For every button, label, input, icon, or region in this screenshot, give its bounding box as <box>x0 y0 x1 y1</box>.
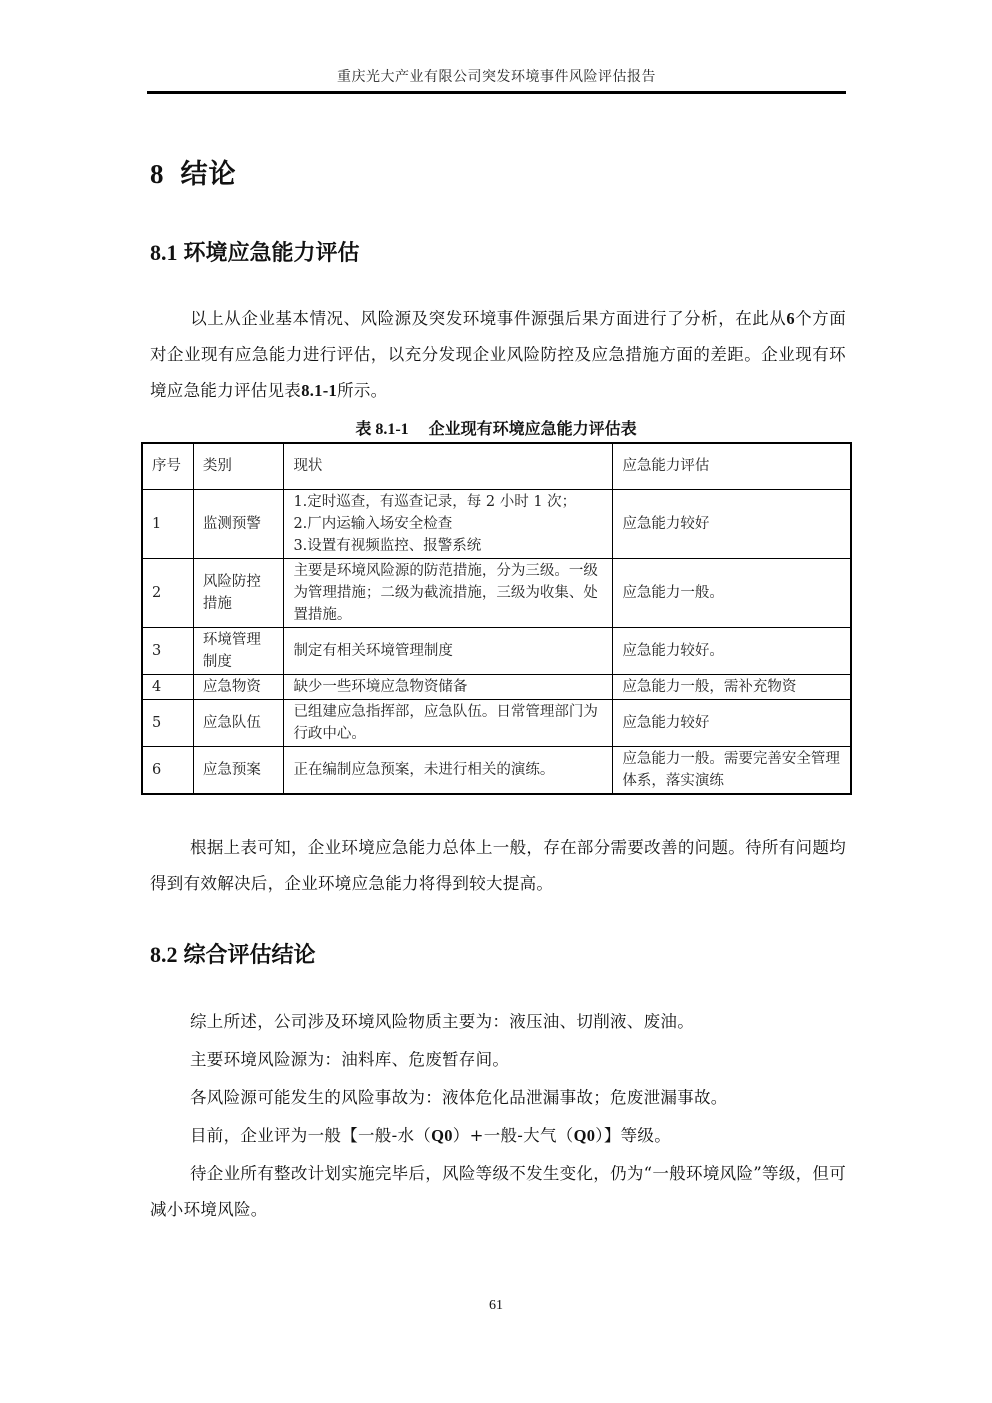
conclusion-text: 主要环境风险源为：油料库、危废暂存间。 <box>190 1050 509 1069</box>
cell-assessment: 应急能力一般。需要完善安全管理体系，落实演练 <box>613 746 851 794</box>
table-caption-title: 企业现有环境应急能力评估表 <box>429 419 637 438</box>
cell-category: 应急物资 <box>193 674 284 699</box>
running-header: 重庆光大产业有限公司突发环境事件风险评估报告 <box>147 66 846 86</box>
cell-status: 1.定时巡查，有巡查记录，每 2 小时 1 次； 2.厂内运输入场安全检查 3.… <box>284 489 613 558</box>
cell-no: 3 <box>142 627 193 674</box>
table-row: 1 监测预警 1.定时巡查，有巡查记录，每 2 小时 1 次； 2.厂内运输入场… <box>142 489 851 558</box>
cell-category: 监测预警 <box>193 489 284 558</box>
table-row: 3 环境管理制度 制定有相关环境管理制度 应急能力较好。 <box>142 627 851 674</box>
cell-no: 2 <box>142 558 193 627</box>
conclusion-line-3: 各风险源可能发生的风险事故为：液体危化品泄漏事故；危废泄漏事故。 <box>150 1080 846 1116</box>
conclusion-text: 目前，企业评为一般【一般-水（ <box>190 1126 431 1145</box>
header-cell-status: 现状 <box>284 443 613 489</box>
cell-assessment: 应急能力一般，需补充物资 <box>613 674 851 699</box>
cell-no: 4 <box>142 674 193 699</box>
header-cell-category: 类别 <box>193 443 284 489</box>
status-line: 3.设置有视频监控、报警系统 <box>293 535 603 557</box>
cell-assessment: 应急能力较好 <box>613 489 851 558</box>
status-line: 2.厂内运输入场安全检查 <box>293 513 603 535</box>
summary-paragraph: 根据上表可知，企业环境应急能力总体上一般，存在部分需要改善的问题。待所有问题均得… <box>150 830 846 902</box>
cell-no: 1 <box>142 489 193 558</box>
cell-no: 5 <box>142 699 193 746</box>
conclusion-line-2: 主要环境风险源为：油料库、危废暂存间。 <box>150 1042 846 1078</box>
assessment-table: 序号 类别 现状 应急能力评估 1 监测预警 1.定时巡查，有巡查记录，每 2 … <box>141 442 852 795</box>
section-title-text: 综合评估结论 <box>184 943 316 968</box>
cell-category: 风险防控措施 <box>193 558 284 627</box>
intro-text-1: 以上从企业基本情况、风险源及突发环境事件源强后果方面进行了分析，在此从 <box>190 309 786 328</box>
cell-no: 6 <box>142 746 193 794</box>
conclusion-line-1: 综上所述，公司涉及环境风险物质主要为：液压油、切削液、废油。 <box>150 1004 846 1040</box>
header-cell-assessment: 应急能力评估 <box>613 443 851 489</box>
cell-assessment: 应急能力一般。 <box>613 558 851 627</box>
summary-text: 根据上表可知，企业环境应急能力总体上一般，存在部分需要改善的问题。待所有问题均得… <box>150 838 846 893</box>
section-title-8-1: 8.1环境应急能力评估 <box>150 236 360 267</box>
table-caption-number: 表 8.1-1 <box>355 421 408 438</box>
table-row: 6 应急预案 正在编制应急预案，未进行相关的演练。 应急能力一般。需要完善安全管… <box>142 746 851 794</box>
level-code-water: Q0 <box>431 1126 453 1145</box>
table-row: 2 风险防控措施 主要是环境风险源的防范措施，分为三级。一级为管理措施；二级为截… <box>142 558 851 627</box>
chapter-number: 8 <box>150 159 165 189</box>
section-title-8-2: 8.2综合评估结论 <box>150 938 316 969</box>
cell-status: 正在编制应急预案，未进行相关的演练。 <box>284 746 613 794</box>
intro-paragraph: 以上从企业基本情况、风险源及突发环境事件源强后果方面进行了分析，在此从6个方面对… <box>150 301 846 409</box>
conclusion-line-4: 目前，企业评为一般【一般-水（Q0）+一般-大气（Q0）】等级。 <box>150 1118 846 1154</box>
cell-status: 缺少一些环境应急物资储备 <box>284 674 613 699</box>
intro-bold-count: 6 <box>786 309 795 328</box>
header-rule <box>147 91 846 94</box>
conclusion-line-5: 待企业所有整改计划实施完毕后，风险等级不发生变化，仍为“一般环境风险”等级，但可… <box>150 1156 846 1228</box>
section-title-text: 环境应急能力评估 <box>184 241 360 266</box>
intro-table-ref: 8.1-1 <box>301 381 337 400</box>
cell-assessment: 应急能力较好。 <box>613 627 851 674</box>
cell-assessment: 应急能力较好 <box>613 699 851 746</box>
status-line: 1.定时巡查，有巡查记录，每 2 小时 1 次； <box>293 491 603 513</box>
section-number: 8.1 <box>150 240 178 265</box>
conclusion-text: 综上所述，公司涉及环境风险物质主要为：液压油、切削液、废油。 <box>190 1012 694 1031</box>
conclusion-text: 各风险源可能发生的风险事故为：液体危化品泄漏事故；危废泄漏事故。 <box>190 1088 728 1107</box>
cell-category: 应急队伍 <box>193 699 284 746</box>
cell-category: 环境管理制度 <box>193 627 284 674</box>
table-caption: 表 8.1-1企业现有环境应急能力评估表 <box>141 416 851 439</box>
cell-status: 制定有相关环境管理制度 <box>284 627 613 674</box>
section-number: 8.2 <box>150 942 178 967</box>
cell-status: 已组建应急指挥部，应急队伍。日常管理部门为行政中心。 <box>284 699 613 746</box>
cell-category: 应急预案 <box>193 746 284 794</box>
page-number: 61 <box>0 1298 992 1314</box>
header-cell-no: 序号 <box>142 443 193 489</box>
chapter-title: 8结论 <box>150 152 237 191</box>
conclusion-text: ）+一般-大气（ <box>453 1126 574 1145</box>
table-row: 5 应急队伍 已组建应急指挥部，应急队伍。日常管理部门为行政中心。 应急能力较好 <box>142 699 851 746</box>
table-header-row: 序号 类别 现状 应急能力评估 <box>142 443 851 489</box>
intro-text-3: 所示。 <box>337 381 387 400</box>
cell-status: 主要是环境风险源的防范措施，分为三级。一级为管理措施；二级为截流措施，三级为收集… <box>284 558 613 627</box>
chapter-title-text: 结论 <box>181 159 237 190</box>
table-row: 4 应急物资 缺少一些环境应急物资储备 应急能力一般，需补充物资 <box>142 674 851 699</box>
level-code-air: Q0 <box>574 1126 596 1145</box>
conclusion-text: 待企业所有整改计划实施完毕后，风险等级不发生变化，仍为“一般环境风险”等级，但可… <box>150 1164 846 1219</box>
conclusion-text: ）】等级。 <box>595 1126 671 1145</box>
